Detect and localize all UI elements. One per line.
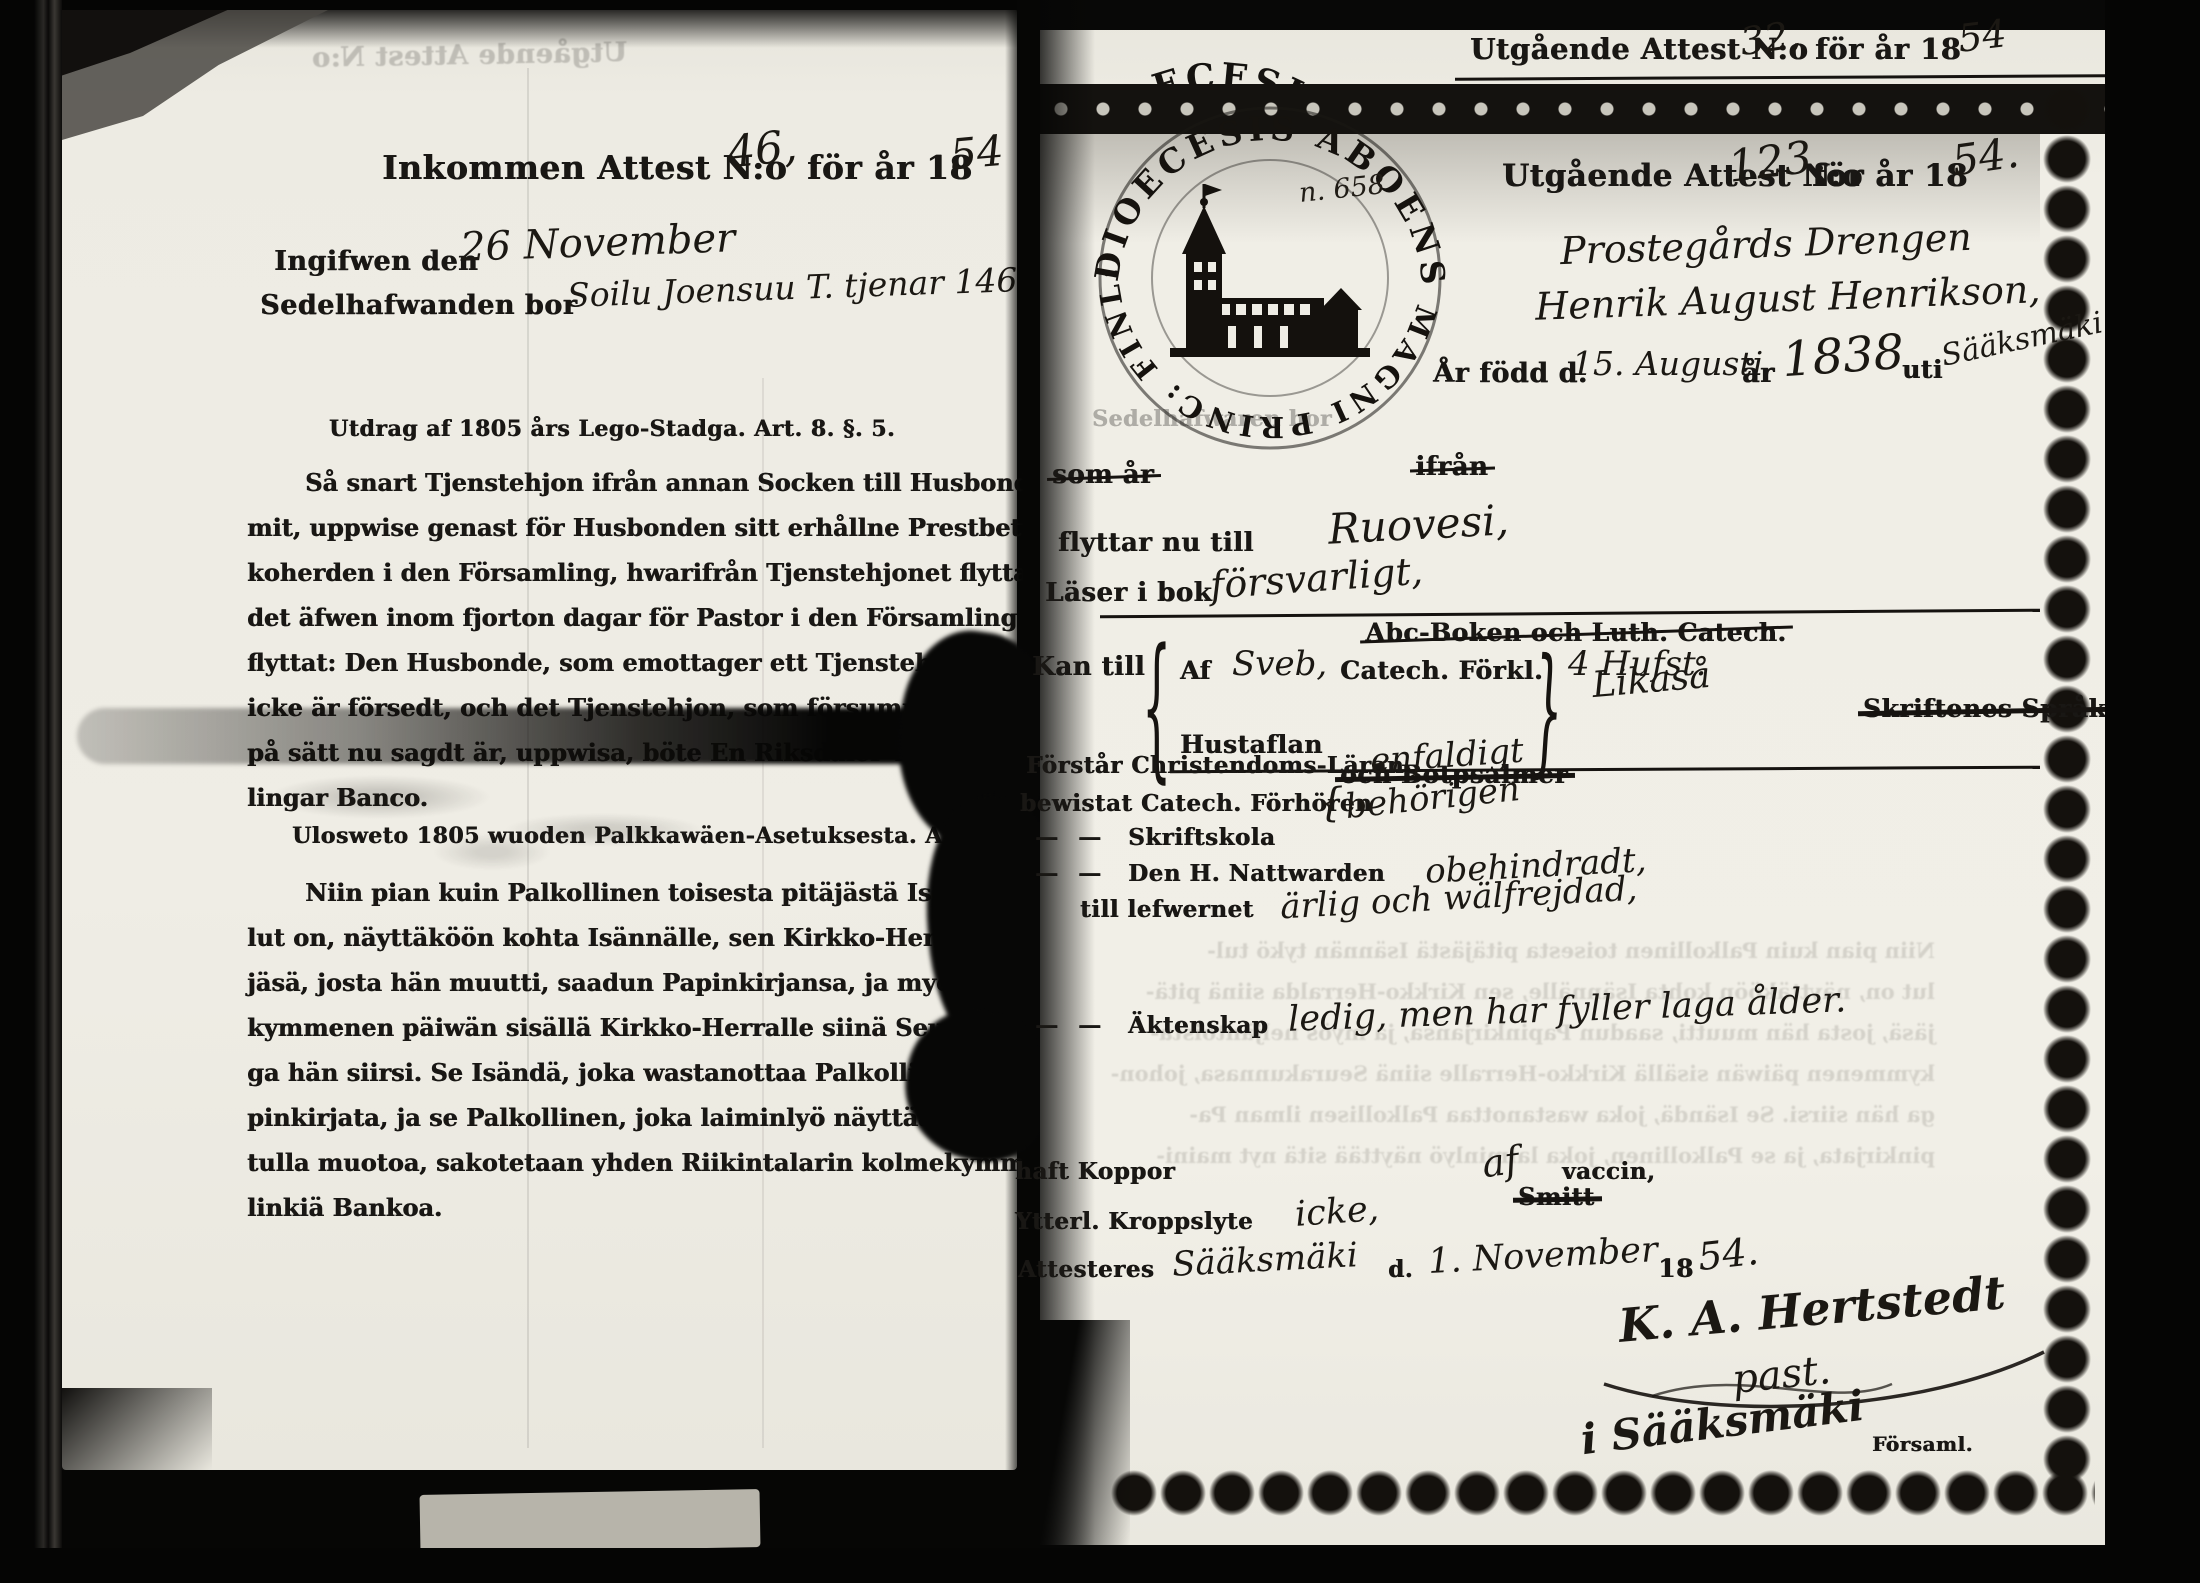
right-page-bottom-wedge bbox=[1040, 1320, 1130, 1545]
birth-label2: år bbox=[1742, 358, 1775, 389]
diocese-seal: DIOECESIS ABOENSIS MAGNI PRINC: FINL: bbox=[1092, 100, 1448, 456]
seal-church-icon bbox=[1170, 184, 1370, 357]
person-name: Henrik August Henrikson, bbox=[1534, 267, 2041, 329]
book-scan: Utgående Attest N:o Inkommen Attest N:o … bbox=[0, 0, 2200, 1583]
fi-line: lut on, näyttäköön kohta Isännälle, sen … bbox=[247, 915, 1015, 960]
sv-line: koherden i den Församling, hwarifrån Tje… bbox=[247, 550, 1015, 595]
pox-struck-smitt: Smitt bbox=[1518, 1182, 1595, 1211]
birth-day: 15. Augusti bbox=[1572, 344, 1763, 383]
fi-line: linkiä Bankoa. bbox=[247, 1185, 1015, 1230]
ink-streak bbox=[77, 708, 1017, 764]
ornament-chain-right bbox=[2038, 84, 2096, 1484]
footer-parish-printed: Församl. bbox=[1872, 1432, 1973, 1456]
school-dashes: — — bbox=[1035, 824, 1107, 851]
sv-line: flyttat: Den Husbonde, som emottager ett… bbox=[247, 640, 1015, 685]
prev-attest-number: 32, bbox=[1737, 12, 1803, 64]
birth-label3: uti bbox=[1902, 355, 1943, 384]
book-line-2-hw: Sveb, bbox=[1232, 644, 1327, 684]
moves-destination: Ruovesi, bbox=[1327, 495, 1510, 553]
understands-label: Förstår Christendoms-Läran bbox=[1026, 752, 1404, 779]
scan-edge-top bbox=[62, 0, 1017, 10]
likasa-note: Likaså bbox=[1590, 655, 1712, 706]
prev-attest-year: 54 bbox=[1955, 11, 2008, 61]
reads-label: Läser i bok bbox=[1045, 578, 1212, 608]
left-attest-number: 46, bbox=[725, 120, 800, 178]
left-attest-year: 54 bbox=[948, 126, 1006, 179]
bottom-page-sliver bbox=[420, 1489, 761, 1553]
fi-line: kymmenen päiwän sisällä Kirkko-Herralle … bbox=[247, 1005, 1015, 1050]
kan-till-label: Kan till bbox=[1032, 652, 1145, 682]
sv-line: mit, uppwise genast för Husbonden sitt e… bbox=[247, 505, 1015, 550]
pox-label: haft Koppor bbox=[1015, 1158, 1175, 1185]
catechism-brace: { bbox=[1318, 780, 1343, 826]
seal-handwritten-note: n. 658 bbox=[1297, 169, 1386, 209]
right-page: DIOECESIS ABOENSIS Utgående Attest N:o 3… bbox=[1040, 0, 2105, 1545]
attestation-date: 1. November bbox=[1427, 1230, 1659, 1282]
received-date: 26 November bbox=[459, 215, 736, 271]
attest-year: 54. bbox=[1949, 128, 2022, 186]
scan-edge-bottom bbox=[0, 1548, 2200, 1583]
attestation-century: 18 bbox=[1658, 1254, 1694, 1283]
birth-year: 1838 bbox=[1780, 324, 1906, 388]
seal-arc-top-text: DIOECESIS ABOENSIS bbox=[1092, 100, 1448, 291]
book-edge-stack bbox=[0, 0, 62, 1583]
ghost-bleed-text: Utgående Attest N:o bbox=[312, 37, 628, 74]
struck-som-ar: som år bbox=[1052, 460, 1154, 490]
pox-hw-af: af bbox=[1479, 1138, 1522, 1187]
book-line-1: Abc-Boken och Luth. Catech. bbox=[1365, 618, 1786, 647]
prev-attest-underline bbox=[1455, 74, 2105, 80]
moves-label: flyttar nu till bbox=[1058, 528, 1254, 558]
received-label: Ingifwen den bbox=[274, 246, 478, 277]
book-line-3: Skriftenes Språk bbox=[1863, 694, 2106, 723]
svg-text:DIOECESIS ABOENSIS: DIOECESIS ABOENSIS bbox=[1092, 100, 1448, 291]
prev-attest-label2: för år 18 bbox=[1815, 32, 1961, 66]
ornament-chain-bottom bbox=[1110, 1466, 2095, 1522]
faint-holder-line: Sedelhafwaren bor bbox=[1092, 406, 1332, 432]
attestation-place: Sääksmäki bbox=[1171, 1235, 1359, 1285]
left-page: Utgående Attest N:o Inkommen Attest N:o … bbox=[62, 8, 1017, 1470]
swedish-extract-heading: Utdrag af 1805 års Lego-Stadga. Art. 8. … bbox=[302, 416, 922, 442]
holder-name: Soilu Joensuu T. tjenar 146 bbox=[566, 260, 1018, 315]
struck-ifran: ifrån bbox=[1415, 452, 1488, 482]
ink-streak-speckle bbox=[212, 764, 772, 874]
sv-line: Så snart Tjenstehjon ifrån annan Socken … bbox=[247, 460, 1015, 505]
book-line-2b: Catech. Förkl. bbox=[1340, 656, 1543, 685]
conduct-label: till lefwernet bbox=[1080, 896, 1254, 923]
fi-line: pinkirjata, ja se Palkollinen, joka laim… bbox=[247, 1095, 1015, 1140]
birth-label: År född d. bbox=[1433, 358, 1588, 389]
reads-underline bbox=[1100, 609, 2040, 619]
communion-dashes: — — bbox=[1035, 860, 1107, 887]
attestation-year: 54. bbox=[1696, 1229, 1761, 1279]
defect-value: icke, bbox=[1294, 1189, 1380, 1235]
sv-line: det äfwen inom fjorton dagar för Pastor … bbox=[247, 595, 1015, 640]
attestation-d-label: d. bbox=[1388, 1256, 1413, 1283]
marriage-label: Äktenskap bbox=[1128, 1012, 1268, 1039]
finnish-extract-heading: Ulosweto 1805 wuoden Palkkawäen-Asetukse… bbox=[292, 823, 952, 849]
defect-label: Ytterl. Kroppslyte bbox=[1015, 1208, 1253, 1235]
holder-label: Sedelhafwanden bor bbox=[260, 290, 577, 321]
attestation-label: Attesteres bbox=[1018, 1256, 1154, 1283]
likasa-brace: } bbox=[1532, 630, 1563, 792]
marriage-dashes: — — bbox=[1035, 1012, 1107, 1039]
finnish-extract-paragraph: Niin pian kuin Palkollinen toisesta pitä… bbox=[247, 870, 1015, 1230]
left-page-bottom-wedge bbox=[62, 1388, 212, 1470]
svg-text:DIOECESIS ABOENSIS: DIOECESIS ABOENSIS bbox=[1070, 0, 1370, 84]
school-label: Skriftskola bbox=[1128, 824, 1275, 851]
fi-line: jäsä, josta hän muutti, saadun Papinkirj… bbox=[247, 960, 1015, 1005]
previous-seal-text: DIOECESIS ABOENSIS bbox=[1070, 0, 1370, 84]
fi-line: tulla muotoa, sakotetaan yhden Riikintal… bbox=[247, 1140, 1015, 1185]
previous-seal-fragment: DIOECESIS ABOENSIS bbox=[1070, 0, 1370, 84]
attest-header-label2: för år 18 bbox=[1812, 158, 1968, 194]
pox-vaccin-label: vaccin, bbox=[1562, 1158, 1655, 1185]
fi-line: ga hän siirsi. Se Isändä, joka wastanott… bbox=[247, 1050, 1015, 1095]
scan-edge-right bbox=[2105, 0, 2200, 1583]
left-attest-header-label2: för år 18 bbox=[807, 148, 973, 187]
book-line-2a: Af bbox=[1180, 656, 1211, 685]
fi-line: Niin pian kuin Palkollinen toisesta pitä… bbox=[247, 870, 1015, 915]
